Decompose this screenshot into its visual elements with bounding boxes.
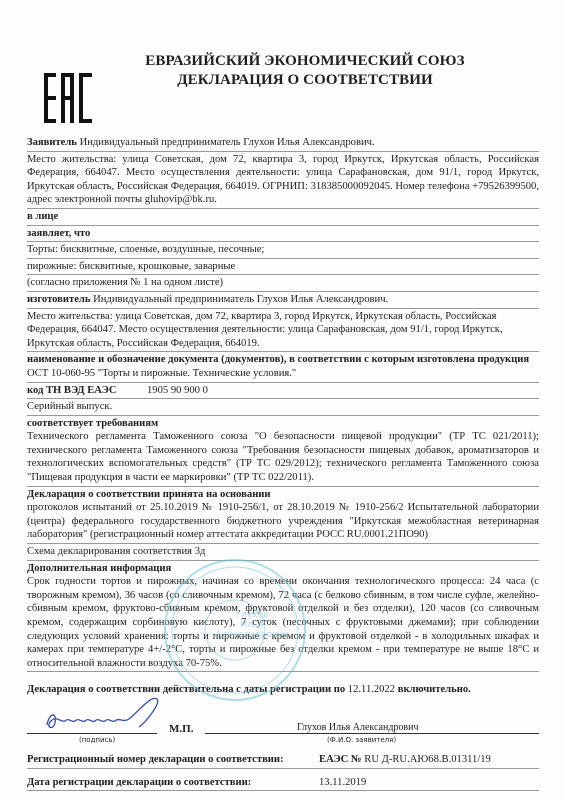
scheme: Схема декларирования соответствия 3д <box>27 545 539 561</box>
validity-date: 12.11.2022 <box>348 684 395 695</box>
standard-value: ОСТ 10-060-95 "Торты и пирожные. Техниче… <box>27 367 539 383</box>
signature-caption: (подпись) <box>79 734 115 748</box>
requirements-label: соответствует требованиям <box>27 417 539 431</box>
basis-label: Декларация о соответствии принята на осн… <box>27 488 539 502</box>
registration-date-label: Дата регистрации декларации о соответств… <box>27 776 319 790</box>
manufacturer-row: изготовитель Индивидуальный предпринимат… <box>27 293 539 309</box>
declaration-page: ЕВРАЗИЙСКИЙ ЭКОНОМИЧЕСКИЙ СОЮЗ ДЕКЛАРАЦИ… <box>0 0 565 800</box>
applicant-row: Заявитель Индивидуальный предприниматель… <box>27 136 539 152</box>
manufacturer-name: Индивидуальный предприниматель Глухов Ил… <box>93 294 388 305</box>
registration-date-row: Дата регистрации декларации о соответств… <box>27 776 539 792</box>
product-line: (согласно приложения № 1 на одном листе) <box>27 276 539 292</box>
manufacturer-label: изготовитель <box>27 294 90 305</box>
eac-mark-icon <box>44 73 94 123</box>
tn-ved-value: 1905 90 900 0 <box>147 384 208 398</box>
basis-value: протоколов испытаний от 25.10.2019 № 191… <box>27 501 539 544</box>
additional-label: Дополнительная информация <box>27 562 539 576</box>
manufacturer-details: Место жительства: улица Советская, дом 7… <box>27 310 539 353</box>
declares-label: заявляет, что <box>27 227 539 243</box>
registration-number-label: Регистрационный номер декларации о соотв… <box>27 753 319 767</box>
title-line-2: ДЕКЛАРАЦИЯ О СООТВЕТСТВИИ <box>95 71 515 90</box>
signature-block: (подпись) М.П. Глухов Илья Александрович… <box>27 703 539 753</box>
serial-release: Серийный выпуск. <box>27 400 539 416</box>
applicant-details: Место жительства: улица Советская, дом 7… <box>27 153 539 209</box>
name-caption: (Ф.И.О. заявителя) <box>327 734 396 748</box>
standard-label: наименование и обозначение документа (до… <box>27 353 539 367</box>
document-body: Заявитель Индивидуальный предприниматель… <box>27 136 539 792</box>
registration-number-row: Регистрационный номер декларации о соотв… <box>27 753 539 769</box>
document-title: ЕВРАЗИЙСКИЙ ЭКОНОМИЧЕСКИЙ СОЮЗ ДЕКЛАРАЦИ… <box>95 52 515 90</box>
validity-suffix: включительно. <box>398 684 471 695</box>
product-line: пирожные: бисквитные, крошковые, заварны… <box>27 260 539 276</box>
tn-ved-label: код ТН ВЭД ЕАЭС <box>27 384 147 398</box>
registration-number-value: RU Д-RU.АЮ68.В.01311/19 <box>364 753 491 767</box>
additional-value: Срок годности тортов и пирожных, начиная… <box>27 575 539 672</box>
registration-number-prefix: ЕАЭС № <box>319 753 362 767</box>
seal-label: М.П. <box>169 723 193 737</box>
registration-date-value: 13.11.2019 <box>319 776 366 790</box>
title-line-1: ЕВРАЗИЙСКИЙ ЭКОНОМИЧЕСКИЙ СОЮЗ <box>95 52 515 71</box>
requirements-value: Технического регламента Таможенного союз… <box>27 430 539 486</box>
product-line: Торты: бисквитные, слоеные, воздушные, п… <box>27 243 539 259</box>
applicant-label: Заявитель <box>27 137 77 148</box>
signature-icon <box>39 693 169 738</box>
tn-ved-row: код ТН ВЭД ЕАЭС 1905 90 900 0 <box>27 384 539 400</box>
in-person-label: в лице <box>27 210 539 226</box>
applicant-name: Индивидуальный предприниматель Глухов Ил… <box>80 137 375 148</box>
